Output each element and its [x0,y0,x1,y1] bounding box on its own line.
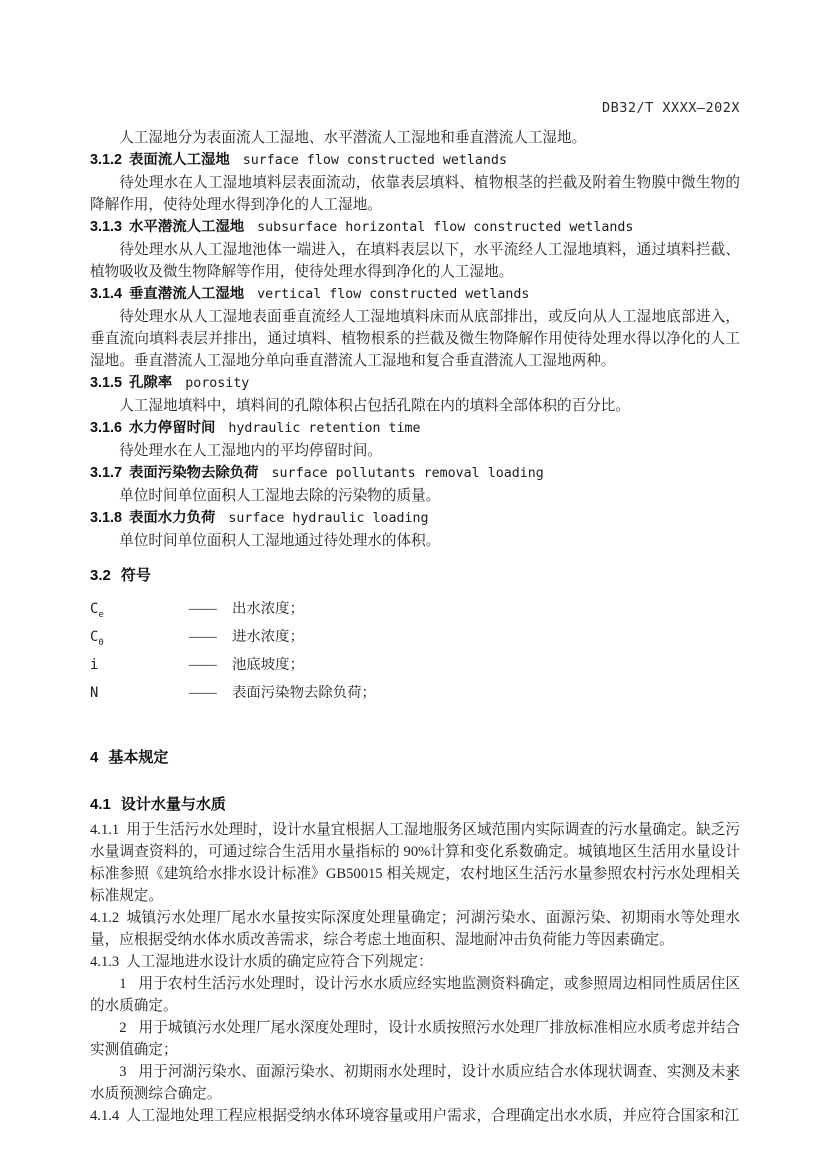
term-number: 3.1.4 [90,286,122,302]
term-number: 3.1.7 [90,465,122,481]
document-page: DB32/T XXXX—202X 人工湿地分为表面流人工湿地、水平潜流人工湿地和… [0,0,826,1169]
clause-number: 4.1.1 [90,822,119,838]
list-item: 3用于河湖污染水、面源污染水、初期雨水处理时，设计水质应结合水体现状调查、实测及… [90,1061,740,1105]
list-item-text: 用于河湖污染水、面源污染水、初期雨水处理时，设计水质应结合水体现状调查、实测及未… [90,1064,740,1102]
symbol-dash: —— [189,598,232,620]
symbol-dash: —— [189,654,232,676]
list-item-number: 3 [119,1064,126,1080]
term-heading: 3.1.7表面污染物去除负荷surface pollutants removal… [90,462,740,485]
term-definition: 待处理水从人工湿地表面垂直流经人工湿地填料床而从底部排出，或反向从人工湿地底部进… [90,306,740,372]
subsection-title: 设计水量与水质 [121,796,226,813]
term-definition: 待处理水在人工湿地填料层表面流动，依靠表层填料、植物根茎的拦截及附着生物膜中微生… [90,172,740,216]
symbol-description: 表面污染物去除负荷； [232,682,376,704]
clause-paragraph: 4.1.2城镇污水处理厂尾水水量按实际深度处理量确定；河湖污染水、面源污染、初期… [90,907,740,951]
term-zh: 水力停留时间 [129,420,215,436]
term-en: porosity [185,376,249,391]
list-item-text: 用于城镇污水处理厂尾水深度处理时，设计水质按照污水处理厂排放标准相应水质考虑并结… [90,1020,740,1058]
clause-text: 人工湿地处理工程应根据受纳水体环境容量或用户需求，合理确定出水水质，并应符合国家… [126,1108,739,1124]
list-item-number: 2 [119,1020,126,1036]
term-definition: 单位时间单位面积人工湿地去除的污染物的质量。 [90,485,740,507]
term-number: 3.1.8 [90,510,122,526]
clause-paragraph: 4.1.4人工湿地处理工程应根据受纳水体环境容量或用户需求，合理确定出水水质，并… [90,1105,740,1127]
list-item: 1用于农村生活污水处理时，设计污水水质应经实地监测资料确定，或参照周边相同性质居… [90,973,740,1017]
term-en: vertical flow constructed wetlands [257,287,529,302]
symbol-row: Ce —— 出水浓度； [90,598,740,626]
term-heading: 3.1.4垂直潜流人工湿地vertical flow constructed w… [90,283,740,306]
term-en: surface flow constructed wetlands [243,153,507,168]
clause-number: 4.1.2 [90,910,119,926]
subsection-number: 4.1 [90,796,111,813]
clause-number: 4.1.3 [90,954,119,970]
symbol-dash: —— [189,682,232,704]
term-zh: 孔隙率 [129,375,172,391]
symbol-row: C0 —— 进水浓度； [90,626,740,654]
term-zh: 表面水力负荷 [129,510,215,526]
section-number: 3.2 [90,567,111,584]
symbol-row: i —— 池底坡度； [90,654,740,682]
term-heading: 3.1.8表面水力负荷surface hydraulic loading [90,507,740,530]
list-item: 2用于城镇污水处理厂尾水深度处理时，设计水质按照污水处理厂排放标准相应水质考虑并… [90,1017,740,1061]
intro-paragraph: 人工湿地分为表面流人工湿地、水平潜流人工湿地和垂直潜流人工湿地。 [90,127,740,149]
symbol-description: 池底坡度； [232,654,304,676]
clause-paragraph: 4.1.3人工湿地进水设计水质的确定应符合下列规定： [90,951,740,973]
symbol-row: N —— 表面污染物去除负荷； [90,682,740,710]
symbol: N [90,682,189,710]
term-en: surface pollutants removal loading [272,466,544,481]
term-definition: 单位时间单位面积人工湿地通过待处理水的体积。 [90,530,740,552]
term-zh: 垂直潜流人工湿地 [129,286,244,302]
term-en: hydraulic retention time [228,421,420,436]
term-heading: 3.1.6水力停留时间hydraulic retention time [90,417,740,440]
chapter-number: 4 [90,749,98,766]
section-title: 符号 [121,567,151,584]
term-definition: 人工湿地填料中，填料间的孔隙体积占包括孔隙在内的填料全部体积的百分比。 [90,395,740,417]
symbol: Ce [90,598,189,626]
section-heading-symbols: 3.2符号 [90,565,740,587]
doc-number: DB32/T XXXX—202X [90,100,740,116]
page-number: 2 [727,1068,734,1084]
term-en: subsurface horizontal flow constructed w… [257,220,633,235]
chapter-title: 基本规定 [108,749,168,766]
clause-text: 人工湿地进水设计水质的确定应符合下列规定： [126,954,432,970]
term-heading: 3.1.5孔隙率porosity [90,372,740,395]
term-zh: 表面流人工湿地 [129,152,230,168]
clause-text: 城镇污水处理厂尾水水量按实际深度处理量确定；河湖污染水、面源污染、初期雨水等处理… [90,910,740,948]
clause-paragraph: 4.1.1用于生活污水处理时，设计水量宜根据人工湿地服务区域范围内实际调查的污水… [90,819,740,907]
symbol: i [90,654,189,682]
term-zh: 表面污染物去除负荷 [129,465,259,481]
term-number: 3.1.3 [90,219,122,235]
symbol-description: 出水浓度； [232,598,304,620]
term-definition: 待处理水从人工湿地池体一端进入，在填料表层以下，水平流经人工湿地填料，通过填料拦… [90,239,740,283]
term-number: 3.1.5 [90,375,122,391]
term-zh: 水平潜流人工湿地 [129,219,244,235]
term-definition: 待处理水在人工湿地内的平均停留时间。 [90,440,740,462]
term-heading: 3.1.2表面流人工湿地surface flow constructed wet… [90,149,740,172]
symbol-description: 进水浓度； [232,626,304,648]
chapter-heading: 4基本规定 [90,747,740,769]
list-item-number: 1 [119,976,126,992]
term-number: 3.1.6 [90,420,122,436]
term-number: 3.1.2 [90,152,122,168]
symbol-list: Ce —— 出水浓度； C0 —— 进水浓度； i —— 池底坡度； N —— … [90,598,740,711]
subsection-heading: 4.1设计水量与水质 [90,794,740,816]
term-en: surface hydraulic loading [228,511,428,526]
symbol-dash: —— [189,626,232,648]
symbol: C0 [90,626,189,654]
clause-number: 4.1.4 [90,1108,119,1124]
term-heading: 3.1.3水平潜流人工湿地subsurface horizontal flow … [90,216,740,239]
list-item-text: 用于农村生活污水处理时，设计污水水质应经实地监测资料确定，或参照周边相同性质居住… [90,976,740,1014]
clause-text: 用于生活污水处理时，设计水量宜根据人工湿地服务区域范围内实际调查的污水量确定。缺… [90,822,740,904]
